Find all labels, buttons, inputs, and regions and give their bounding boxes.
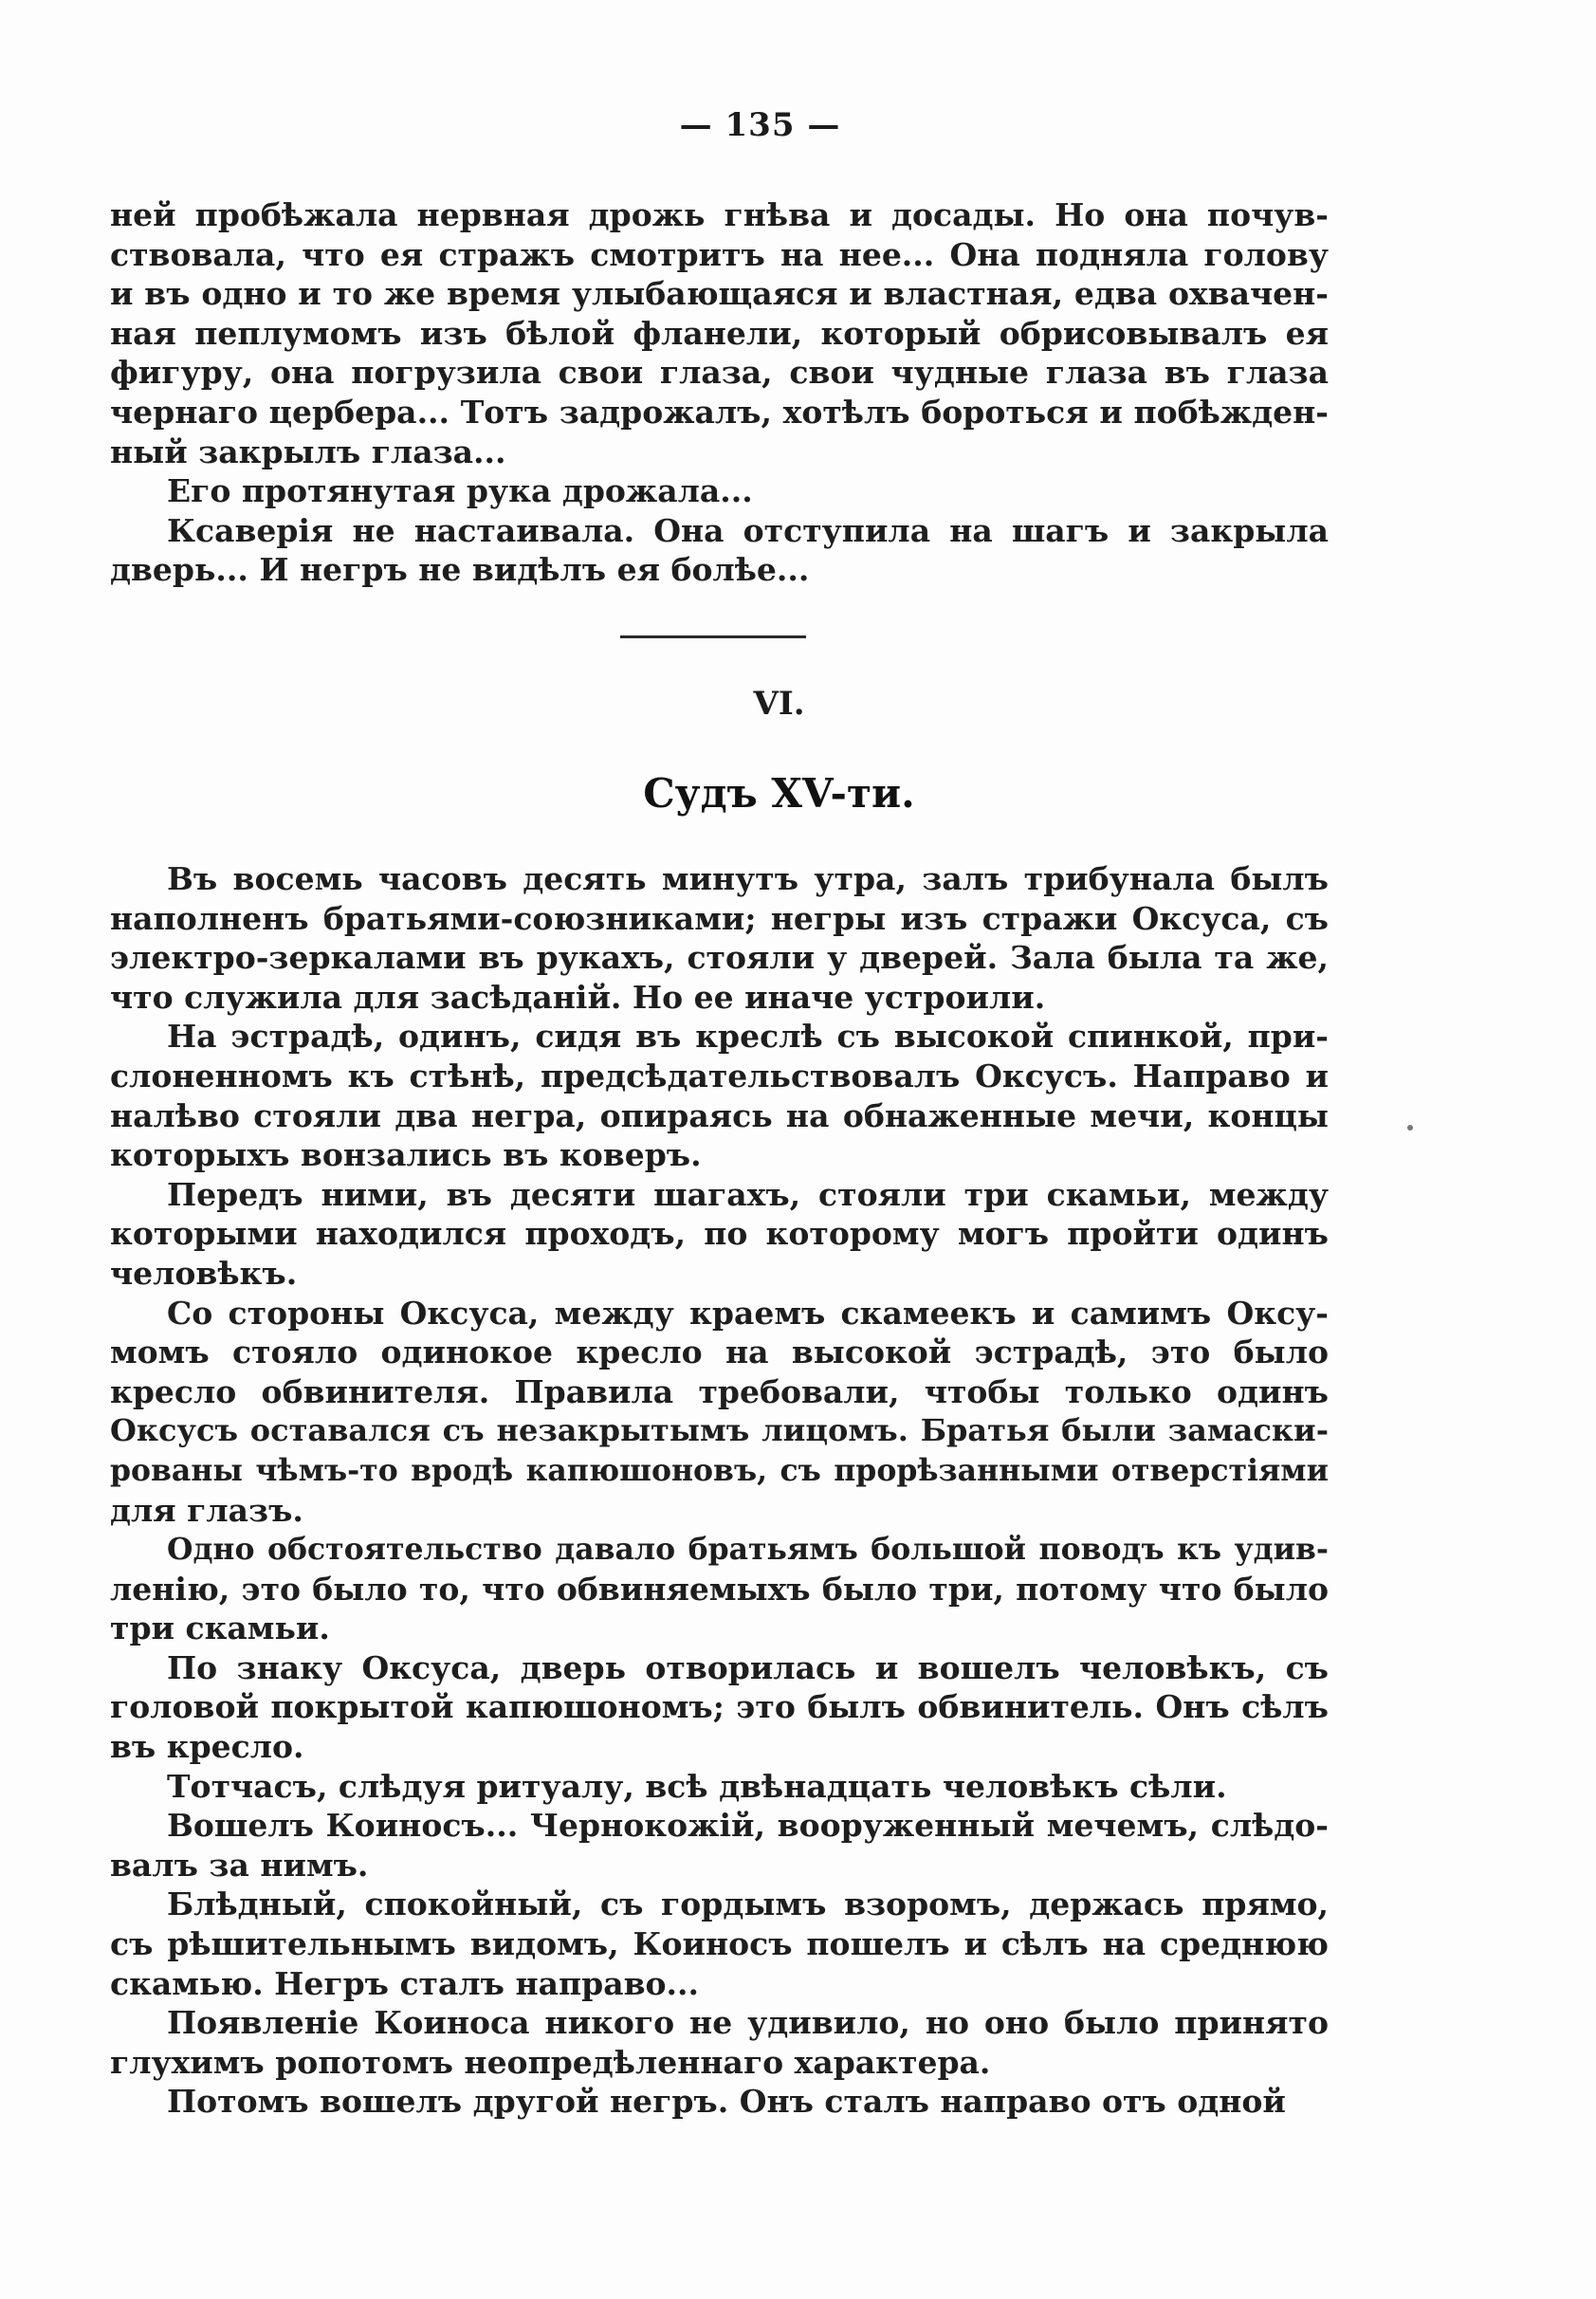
- text-line: ствовала, что ея стражъ смотритъ на нее.…: [110, 235, 1329, 275]
- text-line: въ кресло.: [110, 1727, 1329, 1767]
- text-line: глухимъ ропотомъ неопредѣленнаго характе…: [110, 2043, 1329, 2083]
- text-line: Потомъ вошелъ другой негръ. Онъ сталъ на…: [110, 2082, 1329, 2122]
- paragraph: Вошелъ Коиносъ... Чернокожій, вооруженны…: [110, 1806, 1329, 1885]
- text-line: ная пеплумомъ изъ бѣлой фланели, который…: [110, 314, 1329, 354]
- text-line: три скамьи.: [110, 1609, 1329, 1648]
- text-line: Передъ ними, въ десяти шагахъ, стояли тр…: [110, 1175, 1329, 1215]
- text-line: кресло обвинителя. Правила требовали, чт…: [110, 1372, 1329, 1412]
- text-line: чернаго цербера... Тотъ задрожалъ, хотѣл…: [110, 393, 1329, 432]
- text-line: ленію, это было то, что обвиняемыхъ было…: [110, 1570, 1329, 1609]
- scan-speck: [1407, 1125, 1413, 1131]
- text-line: что служила для засѣданій. Но ее иначе у…: [110, 978, 1329, 1018]
- text-line: Вошелъ Коиносъ... Чернокожій, вооруженны…: [110, 1806, 1329, 1846]
- section-separator: [620, 635, 806, 638]
- text-line: По знаку Оксуса, дверь отворилась и воше…: [110, 1648, 1329, 1688]
- text-line: которыхъ вонзались въ коверъ.: [110, 1135, 1329, 1175]
- paragraph: Ксаверія не настаивала. Она отступила на…: [110, 511, 1329, 590]
- text-line: дверь... И негръ не видѣлъ ея болѣе...: [110, 550, 1329, 590]
- text-line: Одно обстоятельство давало братьямъ боль…: [110, 1530, 1329, 1570]
- text-line: Тотчасъ, слѣдуя ритуалу, всѣ двѣнадцать …: [110, 1767, 1329, 1807]
- text-line: фигуру, она погрузила свои глаза, свои ч…: [110, 353, 1329, 393]
- text-line: Его протянутая рука дрожала...: [110, 471, 1329, 511]
- paragraph: Тотчасъ, слѣдуя ритуалу, всѣ двѣнадцать …: [110, 1767, 1329, 1807]
- paragraph: Потомъ вошелъ другой негръ. Онъ сталъ на…: [110, 2082, 1329, 2122]
- paragraph: Со стороны Оксуса, между краемъ скамеекъ…: [110, 1294, 1329, 1531]
- text-line: электро-зеркалами въ рукахъ, стояли у дв…: [110, 938, 1329, 978]
- text-line: для глазъ.: [110, 1491, 1329, 1531]
- text-line: Появленіе Коиноса никого не удивило, но …: [110, 2003, 1329, 2043]
- paragraph: По знаку Оксуса, дверь отворилась и воше…: [110, 1648, 1329, 1767]
- continued-text-section: ней пробѣжала нервная дрожь гнѣва и доса…: [110, 195, 1329, 590]
- paragraph-continued: ней пробѣжала нервная дрожь гнѣва и доса…: [110, 195, 1329, 471]
- chapter-body: Въ восемь часовъ десять минутъ утра, зал…: [110, 859, 1329, 2122]
- text-line: человѣкъ.: [110, 1254, 1329, 1294]
- chapter-title: Судъ XV-ти.: [0, 770, 1577, 817]
- paragraph: Одно обстоятельство давало братьямъ боль…: [110, 1530, 1329, 1648]
- text-line: Со стороны Оксуса, между краемъ скамеекъ…: [110, 1294, 1329, 1333]
- text-line: головой покрытой капюшономъ; это былъ об…: [110, 1687, 1329, 1727]
- text-line: валъ за нимъ.: [110, 1846, 1329, 1885]
- paragraph: На эстрадѣ, одинъ, сидя въ креслѣ съ выс…: [110, 1017, 1329, 1174]
- text-line: которыми находился проходъ, по которому …: [110, 1214, 1329, 1254]
- text-line: Ксаверія не настаивала. Она отступила на…: [110, 511, 1329, 551]
- text-line: Блѣдный, спокойный, съ гордымъ взоромъ, …: [110, 1885, 1329, 1924]
- paragraph: Появленіе Коиноса никого не удивило, но …: [110, 2003, 1329, 2082]
- text-line: ней пробѣжала нервная дрожь гнѣва и доса…: [110, 195, 1329, 235]
- text-line: Оксусъ оставался съ незакрытымъ лицомъ. …: [110, 1411, 1329, 1451]
- chapter-number: VI.: [0, 685, 1577, 723]
- text-line: рованы чѣмъ-то вродѣ капюшоновъ, съ прор…: [110, 1451, 1329, 1491]
- text-line: съ рѣшительнымъ видомъ, Коиносъ пошелъ и…: [110, 1924, 1329, 1964]
- text-line: ный закрылъ глаза...: [110, 432, 1329, 472]
- text-line: наполненъ братьями-союзниками; негры изъ…: [110, 899, 1329, 939]
- paragraph: Его протянутая рука дрожала...: [110, 471, 1329, 511]
- paragraph: Въ восемь часовъ десять минутъ утра, зал…: [110, 859, 1329, 1017]
- text-line: слоненномъ къ стѣнѣ, предсѣдательствовал…: [110, 1057, 1329, 1096]
- text-line: скамью. Негръ сталъ направо...: [110, 1964, 1329, 2004]
- paragraph: Блѣдный, спокойный, съ гордымъ взоромъ, …: [110, 1885, 1329, 2003]
- book-page: — 135 — ней пробѣжала нервная дрожь гнѣв…: [0, 0, 1596, 2299]
- text-line: момъ стояло одинокое кресло на высокой э…: [110, 1333, 1329, 1372]
- text-line: На эстрадѣ, одинъ, сидя въ креслѣ съ выс…: [110, 1017, 1329, 1057]
- text-line: Въ восемь часовъ десять минутъ утра, зал…: [110, 859, 1329, 899]
- paragraph: Передъ ними, въ десяти шагахъ, стояли тр…: [110, 1175, 1329, 1294]
- text-line: и въ одно и то же время улыбающаяся и вл…: [110, 274, 1329, 314]
- page-number: — 135 —: [0, 106, 1558, 144]
- text-line: налѣво стояли два негра, опираясь на обн…: [110, 1096, 1329, 1136]
